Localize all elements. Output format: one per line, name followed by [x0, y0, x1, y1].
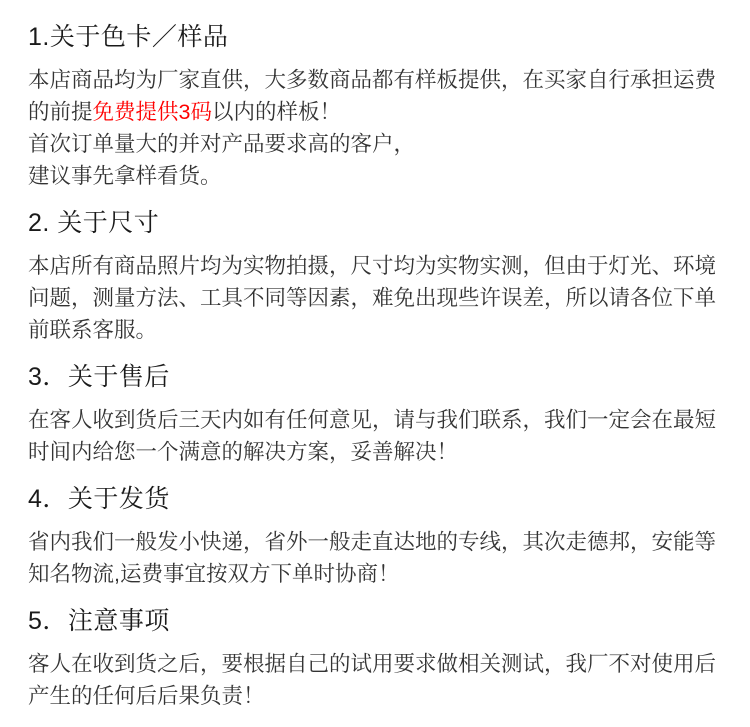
section-title: 2. 关于尺寸: [28, 208, 722, 238]
section-body: 在客人收到货后三天内如有任何意见，请与我们联系，我们一定会在最短 时间内给您一个…: [28, 404, 722, 468]
section-title: 5．注意事项: [28, 606, 722, 636]
section-title: 1.关于色卡／样品: [28, 22, 722, 52]
section-body: 本店商品均为厂家直供，大多数商品都有样板提供，在买家自行承担运费 的前提免费提供…: [28, 64, 722, 192]
section-body: 客人在收到货之后，要根据自己的试用要求做相关测试，我厂不对使用后 产生的任何后后…: [28, 648, 722, 712]
section-color-card-sample: 1.关于色卡／样品 本店商品均为厂家直供，大多数商品都有样板提供，在买家自行承担…: [28, 22, 722, 192]
highlighted-text: 免费提供3码: [93, 100, 212, 124]
section-after-sales: 3．关于售后 在客人收到货后三天内如有任何意见，请与我们联系，我们一定会在最短 …: [28, 362, 722, 468]
notice-page: 1.关于色卡／样品 本店商品均为厂家直供，大多数商品都有样板提供，在买家自行承担…: [0, 0, 750, 727]
section-precautions: 5．注意事项 客人在收到货之后，要根据自己的试用要求做相关测试，我厂不对使用后 …: [28, 606, 722, 712]
section-size: 2. 关于尺寸 本店所有商品照片均为实物拍摄，尺寸均为实物实测，但由于灯光、环境…: [28, 208, 722, 346]
section-title: 4．关于发货: [28, 484, 722, 514]
section-body: 本店所有商品照片均为实物拍摄，尺寸均为实物实测，但由于灯光、环境 问题，测量方法…: [28, 250, 722, 346]
section-body: 省内我们一般发小快递，省外一般走直达地的专线，其次走德邦，安能等 知名物流,运费…: [28, 526, 722, 590]
section-title: 3．关于售后: [28, 362, 722, 392]
section-shipping: 4．关于发货 省内我们一般发小快递，省外一般走直达地的专线，其次走德邦，安能等 …: [28, 484, 722, 590]
